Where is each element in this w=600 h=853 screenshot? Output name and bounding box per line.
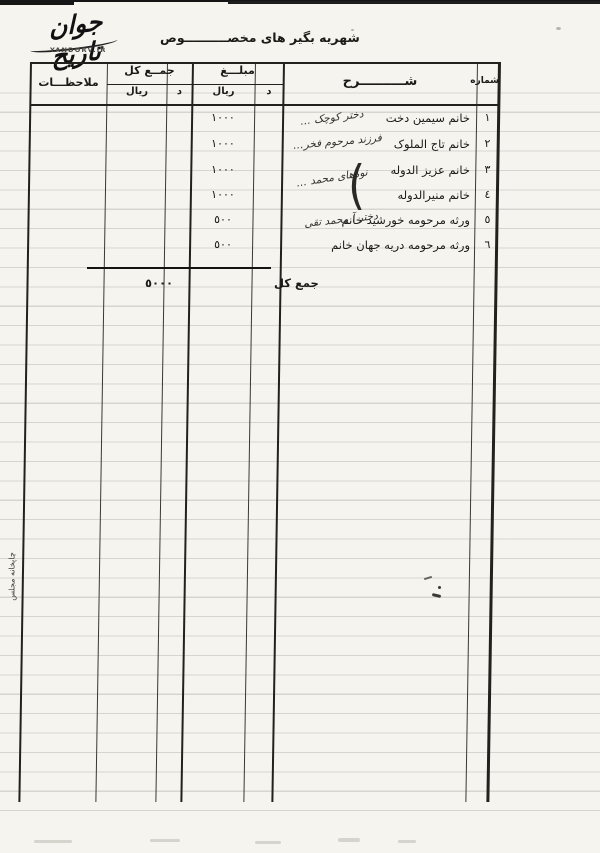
row-name: خانم سیمین دخت — [386, 111, 470, 125]
row-amount: ١٠٠٠ — [194, 188, 252, 201]
header-mid-line — [107, 84, 283, 85]
row-name: ورثه مرحومه دریه جهان خانم — [331, 238, 470, 252]
row-amount: ٥٠٠ — [194, 238, 252, 251]
header-remarks: ملاحظـــات — [30, 76, 107, 89]
row-number: ٦ — [477, 238, 498, 251]
ink-smudge — [438, 586, 441, 589]
row-amount: ٥٠٠ — [194, 213, 252, 226]
row-amount: ١٠٠٠ — [194, 163, 252, 176]
row-number: ٢ — [477, 137, 498, 150]
printer-imprint: چاپخانه مجلس — [8, 541, 17, 613]
header-amount-d: د — [255, 86, 283, 97]
header-amount-group: مبلـــغ — [192, 64, 283, 77]
row-name: خانم تاج الملوک — [394, 137, 470, 151]
header-total-rial: ریال — [107, 86, 167, 97]
table-row: ٥ ورثه مرحومه خورشید خانم ٥٠٠ — [0, 213, 600, 237]
row-number: ٣ — [477, 163, 498, 176]
row-amount: ١٠٠٠ — [194, 111, 252, 124]
bottom-smudge — [34, 840, 72, 843]
row-name: خانم منیرالدوله — [397, 188, 470, 202]
row-number: ١ — [477, 111, 498, 124]
rows-3-4-grouping-brace: ( — [348, 155, 365, 217]
table-row: ٤ خانم منیرالدوله ١٠٠٠ — [0, 188, 600, 212]
header-total-d: د — [167, 86, 192, 97]
bottom-smudge — [255, 841, 281, 844]
header-amount-rial: ریال — [192, 86, 255, 97]
row-number: ٥ — [477, 213, 498, 226]
table-row: ٦ ورثه مرحومه دریه جهان خانم ٥٠٠ — [0, 238, 600, 262]
scanned-ledger-page: جوان تاریخ YANDORV.IR شهریه بگیر های مخص… — [0, 0, 600, 853]
row-number: ٤ — [477, 188, 498, 201]
total-underline — [87, 267, 271, 269]
header-description: شــــــــــرح — [283, 74, 477, 89]
bottom-smudge — [398, 840, 416, 843]
row-name: خانم عزیز الدوله — [391, 163, 471, 177]
header-number: شماره — [476, 76, 499, 86]
total-value: ٥٠٠٠ — [136, 276, 182, 290]
row-amount: ١٠٠٠ — [194, 137, 252, 150]
bottom-smudge — [338, 838, 360, 842]
total-label: جمع کل — [274, 276, 319, 290]
bottom-smudge — [150, 839, 180, 842]
header-total-group: جمــع کل — [107, 64, 192, 77]
header-bottom-border — [30, 104, 500, 106]
